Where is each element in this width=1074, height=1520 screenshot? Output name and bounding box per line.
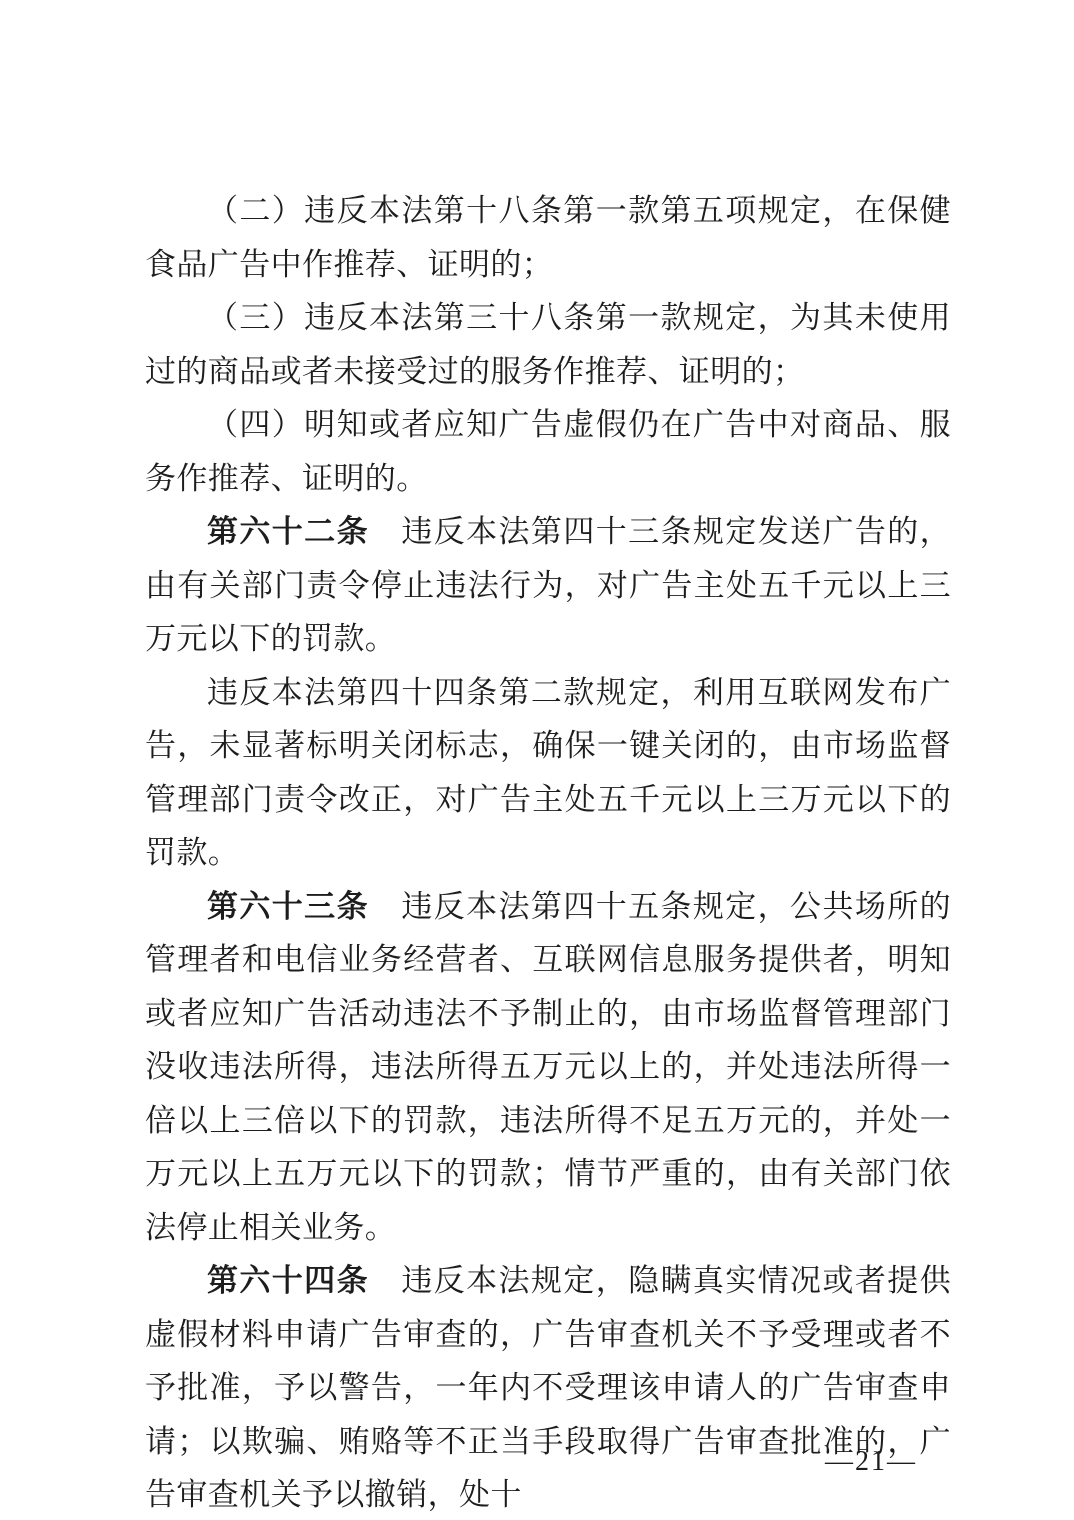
article-paragraph: 第六十三条 违反本法第四十五条规定，公共场所的管理者和电信业务经营者、互联网信息…: [145, 880, 951, 1255]
paragraph: （四）明知或者应知广告虚假仍在广告中对商品、服务作推荐、证明的。: [145, 398, 951, 505]
document-page: （二）违反本法第十八条第一款第五项规定，在保健食品广告中作推荐、证明的；（三）违…: [0, 0, 1074, 1520]
paragraph: （三）违反本法第三十八条第一款规定，为其未使用过的商品或者未接受过的服务作推荐、…: [145, 291, 951, 398]
paragraph: 违反本法第四十四条第二款规定，利用互联网发布广告，未显著标明关闭标志，确保一键关…: [145, 666, 951, 880]
document-body: （二）违反本法第十八条第一款第五项规定，在保健食品广告中作推荐、证明的；（三）违…: [145, 184, 951, 1520]
page-number: —21—: [825, 1446, 917, 1478]
article-number: 第六十二条: [207, 514, 369, 549]
paragraph: （二）违反本法第十八条第一款第五项规定，在保健食品广告中作推荐、证明的；: [145, 184, 951, 291]
article-paragraph: 第六十二条 违反本法第四十三条规定发送广告的，由有关部门责令停止违法行为，对广告…: [145, 505, 951, 666]
article-paragraph: 第六十四条 违反本法规定，隐瞒真实情况或者提供虚假材料申请广告审查的，广告审查机…: [145, 1254, 951, 1520]
article-number: 第六十三条: [207, 889, 369, 924]
article-number: 第六十四条: [207, 1263, 369, 1298]
